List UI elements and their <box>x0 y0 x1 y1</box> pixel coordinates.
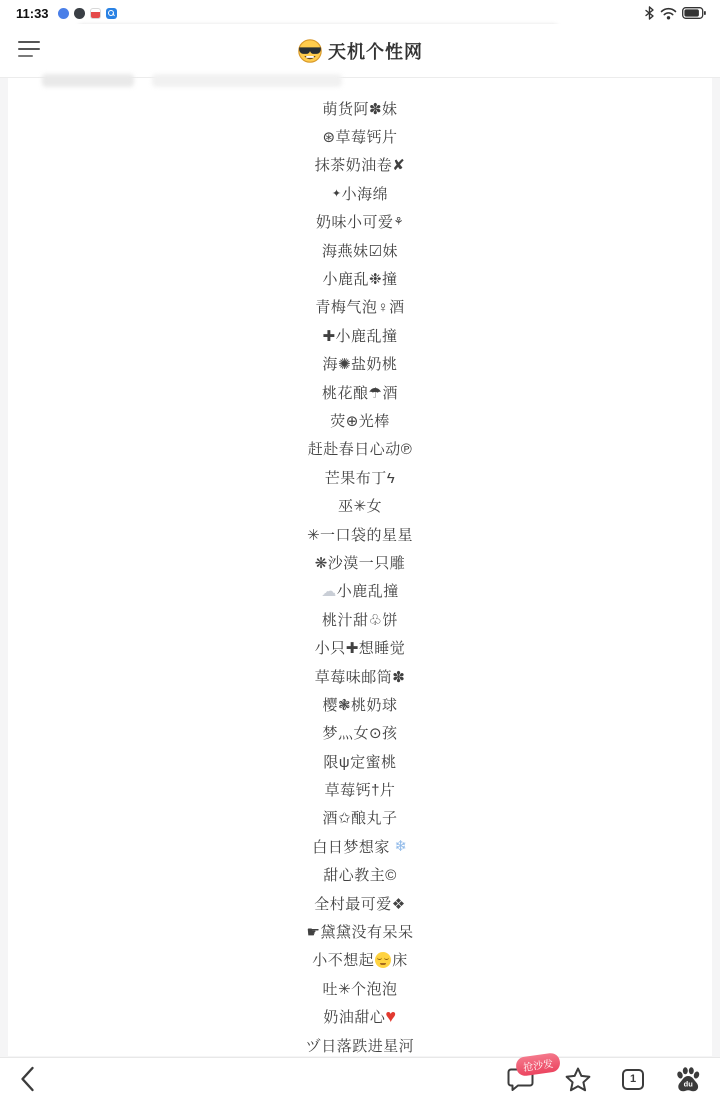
star-icon <box>564 1066 592 1093</box>
comment-button[interactable]: 抢沙发 <box>507 1066 534 1092</box>
nickname-item[interactable]: 草莓钙†片 <box>8 775 712 803</box>
site-logo[interactable]: 天机个性网 <box>297 38 423 64</box>
nickname-item[interactable]: 海燕妹☑妹 <box>8 236 712 264</box>
nickname-item[interactable]: 樱❃桃奶球 <box>8 690 712 718</box>
nickname-item[interactable]: 小只✚想睡觉 <box>8 633 712 661</box>
nickname-item[interactable]: 白日梦想家 ❄ <box>8 832 712 860</box>
nickname-item[interactable]: ✳一口袋的星星 <box>8 520 712 548</box>
nickname-item[interactable]: 甜心教主© <box>8 861 712 889</box>
nickname-item[interactable]: 巫✳女 <box>8 491 712 519</box>
baidu-menu-button[interactable]: du <box>674 1066 702 1092</box>
nickname-item[interactable]: ✦小海绵 <box>8 179 712 207</box>
nickname-item[interactable]: 青梅气泡♀酒 <box>8 293 712 321</box>
tab-count: 1 <box>622 1069 644 1090</box>
relieved-face-icon <box>375 952 391 968</box>
nickname-list: 萌货阿✽妹⊛草莓钙片抹茶奶油卷✘✦小海绵奶味小可爱⚘海燕妹☑妹小鹿乱❉撞青梅气泡… <box>8 78 712 1056</box>
battery-icon <box>682 7 706 19</box>
sunglasses-emoji-icon <box>297 38 323 64</box>
header: 天机个性网 <box>0 24 720 78</box>
nickname-item[interactable]: 桃汁甜♧饼 <box>8 605 712 633</box>
nickname-item[interactable]: 酒✩酿丸子 <box>8 804 712 832</box>
nickname-item[interactable]: 梦灬女⊙孩 <box>8 719 712 747</box>
nickname-item[interactable]: 桃花酿☂酒 <box>8 378 712 406</box>
content-area: 萌货阿✽妹⊛草莓钙片抹茶奶油卷✘✦小海绵奶味小可爱⚘海燕妹☑妹小鹿乱❉撞青梅气泡… <box>8 78 712 1056</box>
notification-app-icon <box>90 8 101 19</box>
nickname-item[interactable]: 限ψ定蜜桃 <box>8 747 712 775</box>
nickname-item[interactable]: 吐✳个泡泡 <box>8 974 712 1002</box>
nickname-item[interactable]: 全村最可爱❖ <box>8 889 712 917</box>
window-count-button[interactable]: 1 <box>622 1069 644 1090</box>
nickname-item[interactable]: 奶油甜心♥ <box>8 1003 712 1031</box>
back-chevron-icon <box>20 1066 35 1092</box>
bluetooth-icon <box>644 6 655 20</box>
nickname-item[interactable]: 小鹿乱❉撞 <box>8 264 712 292</box>
nickname-item[interactable]: 奶味小可爱⚘ <box>8 208 712 236</box>
nickname-item[interactable]: 草莓味邮筒✽ <box>8 662 712 690</box>
wifi-icon <box>660 7 677 20</box>
nickname-item[interactable]: ☁小鹿乱撞 <box>8 577 712 605</box>
blurred-text-region <box>42 74 134 87</box>
back-button[interactable] <box>20 1066 35 1092</box>
status-bar: 11:33 <box>0 0 720 24</box>
nickname-item[interactable]: 赶赴春日心动℗ <box>8 435 712 463</box>
bottom-toolbar: 抢沙发 1 du <box>0 1057 720 1100</box>
blurred-text-region <box>152 74 342 87</box>
nickname-item[interactable]: 荧⊕光棒 <box>8 406 712 434</box>
menu-icon[interactable] <box>18 41 40 57</box>
nickname-item[interactable]: 小不想起床 <box>8 946 712 974</box>
nickname-item[interactable]: 抹茶奶油卷✘ <box>8 151 712 179</box>
nickname-item[interactable]: ヅ日落跌进星河 <box>8 1031 712 1056</box>
nickname-item[interactable]: 芒果布丁ϟ <box>8 463 712 491</box>
nickname-item[interactable]: ☛黛黛没有呆呆 <box>8 917 712 945</box>
clock: 11:33 <box>16 6 49 21</box>
nickname-item[interactable]: ❋沙漠一只雕 <box>8 548 712 576</box>
notification-app-icon <box>58 8 69 19</box>
nickname-item[interactable]: 萌货阿✽妹 <box>8 94 712 122</box>
nickname-item[interactable]: ✚小鹿乱撞 <box>8 321 712 349</box>
baidu-paw-icon: du <box>674 1066 702 1092</box>
search-app-icon <box>106 8 117 19</box>
site-name: 天机个性网 <box>328 38 423 64</box>
notification-app-icon <box>74 8 85 19</box>
favorite-button[interactable] <box>564 1066 592 1093</box>
nickname-item[interactable]: 海✺盐奶桃 <box>8 350 712 378</box>
nickname-item[interactable]: ⊛草莓钙片 <box>8 122 712 150</box>
svg-text:du: du <box>684 1080 694 1089</box>
